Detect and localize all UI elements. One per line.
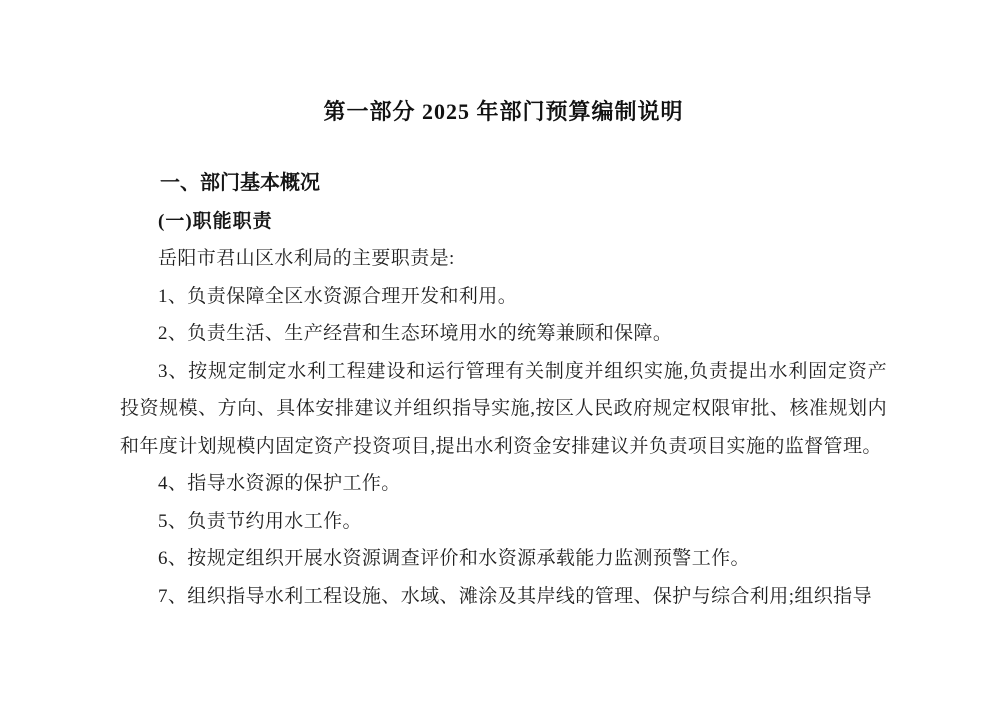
subsection-heading-duties: (一)职能职责 [120,203,887,241]
paragraph-duty-5: 5、负责节约用水工作。 [120,503,887,541]
document-title: 第一部分 2025 年部门预算编制说明 [120,93,887,131]
document-body: 岳阳市君山区水利局的主要职责是: 1、负责保障全区水资源合理开发和利用。 2、负… [120,240,887,615]
paragraph-duty-6: 6、按规定组织开展水资源调查评价和水资源承载能力监测预警工作。 [120,540,887,578]
section-heading-overview: 一、部门基本概况 [120,165,887,203]
paragraph-duty-3: 3、按规定制定水利工程建设和运行管理有关制度并组织实施,负责提出水利固定资产投资… [120,353,887,466]
paragraph-duty-4: 4、指导水资源的保护工作。 [120,465,887,503]
paragraph-intro: 岳阳市君山区水利局的主要职责是: [120,240,887,278]
paragraph-duty-1: 1、负责保障全区水资源合理开发和利用。 [120,278,887,316]
paragraph-duty-7: 7、组织指导水利工程设施、水域、滩涂及其岸线的管理、保护与综合利用;组织指导 [120,578,887,616]
document-page: 第一部分 2025 年部门预算编制说明 一、部门基本概况 (一)职能职责 岳阳市… [0,0,1000,706]
paragraph-duty-2: 2、负责生活、生产经营和生态环境用水的统筹兼顾和保障。 [120,315,887,353]
